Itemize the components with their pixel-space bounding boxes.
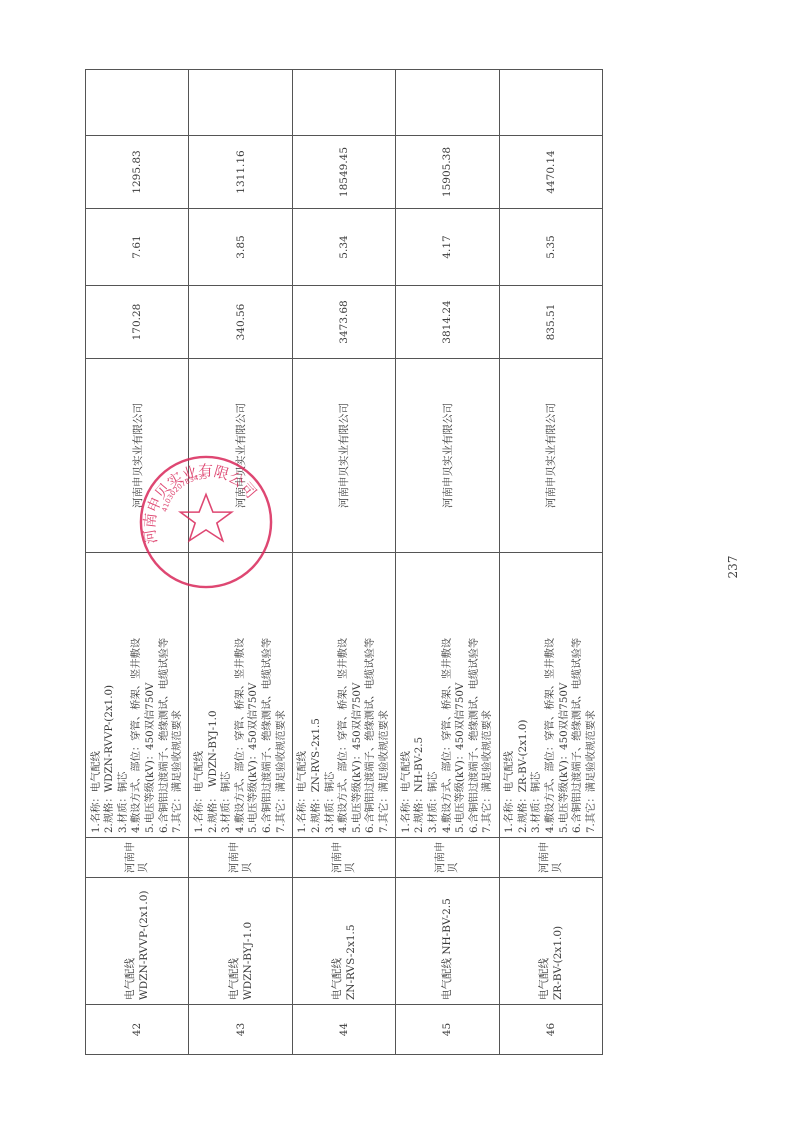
unit-price-cell: 3.85 (189, 209, 292, 286)
description-line: 2.规格： WDZN-BYJ-1.0 (207, 557, 221, 833)
description-line: 1.名称：电气配线 (296, 557, 310, 833)
quantity-cell: 3814.24 (396, 286, 499, 359)
table-row: 46电气配线ZR-BV-(2x1.0)河南申贝1.名称：电气配线2.规格：ZR-… (499, 70, 602, 1055)
description-line: 2.规格：ZN-RVS-2x1.5 (310, 557, 324, 833)
item-name-line: 电气配线 (123, 882, 137, 1000)
manufacturer-cell: 河南申贝实业有限公司 (396, 359, 499, 553)
item-name-line: 电气配线 (227, 882, 241, 1000)
description-line: 4.敷设方式、部位：穿管、桥架、竖井敷设 (337, 557, 351, 833)
brand-cell: 河南申贝 (396, 838, 499, 878)
page-number: 237 (726, 552, 740, 582)
table-row: 44电气配线ZN-RVS-2x1.5河南申贝1.名称：电气配线2.规格：ZN-R… (292, 70, 395, 1055)
brand-line: 河南申 (228, 842, 241, 873)
description-line: 2.规格：WDZN-RVVP-(2x1.0) (103, 557, 117, 833)
description-line: 6.含铜铝过渡端子、绝缘测试、电缆试验等 (571, 557, 585, 833)
description-line: 6.含铜铝过渡端子、绝缘测试、电缆试验等 (158, 557, 172, 833)
table-row: 45电气配线 NH-BV-2.5河南申贝1.名称：电气配线2.规格：NH-BV-… (396, 70, 499, 1055)
description-line: 7.其它：满足验收规范要求 (481, 557, 495, 833)
total-price-cell: 1311.16 (189, 136, 292, 209)
total-price-cell: 1295.83 (86, 136, 189, 209)
total-price-cell: 15905.38 (396, 136, 499, 209)
item-description-cell: 1.名称：电气配线2.规格：WDZN-RVVP-(2x1.0)3.材质：铜芯4.… (86, 553, 189, 838)
item-number-cell: 45 (396, 1005, 499, 1055)
total-price-cell: 4470.14 (499, 136, 602, 209)
brand-line: 贝 (241, 842, 254, 873)
description-line: 5.电压等级(kV)：450双信750V (454, 557, 468, 833)
description-line: 4.敷设方式、部位：穿管、桥架、竖井敷设 (544, 557, 558, 833)
table-row: 43电气配线WDZN-BYJ-1.0河南申贝1.名称：电气配线2.规格： WDZ… (189, 70, 292, 1055)
remark-cell (86, 70, 189, 136)
item-description-cell: 1.名称：电气配线2.规格： WDZN-BYJ-1.03.材质：铜芯4.敷设方式… (189, 553, 292, 838)
unit-price-cell: 7.61 (86, 209, 189, 286)
item-name-line: ZR-BV-(2x1.0) (551, 882, 565, 1000)
item-name-line: ZN-RVS-2x1.5 (344, 882, 358, 1000)
description-line: 3.材质：铜芯 (427, 557, 441, 833)
brand-cell: 河南申贝 (86, 838, 189, 878)
remark-cell (499, 70, 602, 136)
manufacturer-cell: 河南申贝实业有限公司 (189, 359, 292, 553)
description-line: 4.敷设方式、部位：穿管、桥架、竖井敷设 (130, 557, 144, 833)
manufacturer-cell: 河南申贝实业有限公司 (86, 359, 189, 553)
description-line: 1.名称：电气配线 (400, 557, 414, 833)
description-line: 1.名称：电气配线 (193, 557, 207, 833)
item-number-cell: 46 (499, 1005, 602, 1055)
description-line: 5.电压等级(kV)：450双信750V (247, 557, 261, 833)
item-number-cell: 43 (189, 1005, 292, 1055)
description-line: 3.材质：铜芯 (117, 557, 131, 833)
item-name-line: 电气配线 NH-BV-2.5 (440, 882, 454, 1000)
description-line: 7.其它：满足验收规范要求 (171, 557, 185, 833)
item-number-cell: 44 (292, 1005, 395, 1055)
unit-price-cell: 4.17 (396, 209, 499, 286)
item-name-cell: 电气配线WDZN-BYJ-1.0 (189, 878, 292, 1005)
brand-line: 河南申 (538, 842, 551, 873)
description-line: 3.材质：铜芯 (530, 557, 544, 833)
bill-of-quantities-table: 42电气配线WDZN-RVVP-(2x1.0)河南申贝1.名称：电气配线2.规格… (85, 69, 603, 1055)
description-line: 7.其它：满足验收规范要求 (585, 557, 599, 833)
description-line: 7.其它：满足验收规范要求 (275, 557, 289, 833)
manufacturer-cell: 河南申贝实业有限公司 (292, 359, 395, 553)
manufacturer-cell: 河南申贝实业有限公司 (499, 359, 602, 553)
brand-line: 贝 (447, 842, 460, 873)
brand-cell: 河南申贝 (292, 838, 395, 878)
brand-line: 河南申 (124, 842, 137, 873)
description-line: 1.名称：电气配线 (503, 557, 517, 833)
item-description-cell: 1.名称：电气配线2.规格：ZR-BV-(2x1.0)3.材质：铜芯4.敷设方式… (499, 553, 602, 838)
unit-price-cell: 5.34 (292, 209, 395, 286)
brand-line: 河南申 (434, 842, 447, 873)
description-line: 3.材质：铜芯 (324, 557, 338, 833)
item-name-line: 电气配线 (537, 882, 551, 1000)
rotated-table-container: 42电气配线WDZN-RVVP-(2x1.0)河南申贝1.名称：电气配线2.规格… (85, 90, 603, 1055)
total-price-cell: 18549.45 (292, 136, 395, 209)
item-name-cell: 电气配线 NH-BV-2.5 (396, 878, 499, 1005)
brand-line: 贝 (344, 842, 357, 873)
remark-cell (396, 70, 499, 136)
description-line: 6.含铜铝过渡端子、绝缘测试、电缆试验等 (261, 557, 275, 833)
quantity-cell: 170.28 (86, 286, 189, 359)
document-page: 42电气配线WDZN-RVVP-(2x1.0)河南申贝1.名称：电气配线2.规格… (0, 0, 794, 1123)
item-name-line: WDZN-RVVP-(2x1.0) (137, 882, 151, 1000)
description-line: 6.含铜铝过渡端子、绝缘测试、电缆试验等 (364, 557, 378, 833)
quantity-cell: 3473.68 (292, 286, 395, 359)
item-number-cell: 42 (86, 1005, 189, 1055)
brand-cell: 河南申贝 (499, 838, 602, 878)
table-rotation-wrapper: 42电气配线WDZN-RVVP-(2x1.0)河南申贝1.名称：电气配线2.规格… (85, 90, 603, 1055)
description-line: 5.电压等级(kV)：450双信750V (351, 557, 365, 833)
item-name-cell: 电气配线WDZN-RVVP-(2x1.0) (86, 878, 189, 1005)
description-line: 6.含铜铝过渡端子、绝缘测试、电缆试验等 (468, 557, 482, 833)
remark-cell (189, 70, 292, 136)
brand-line: 贝 (137, 842, 150, 873)
item-name-cell: 电气配线ZN-RVS-2x1.5 (292, 878, 395, 1005)
description-line: 2.规格：ZR-BV-(2x1.0) (517, 557, 531, 833)
description-line: 4.敷设方式、部位：穿管、桥架、竖井敷设 (234, 557, 248, 833)
description-line: 4.敷设方式、部位：穿管、桥架、竖井敷设 (441, 557, 455, 833)
brand-line: 贝 (551, 842, 564, 873)
remark-cell (292, 70, 395, 136)
description-line: 5.电压等级(kV)：450双信750V (558, 557, 572, 833)
description-line: 1.名称：电气配线 (90, 557, 104, 833)
description-line: 5.电压等级(kV)：450双信750V (144, 557, 158, 833)
item-name-line: WDZN-BYJ-1.0 (241, 882, 255, 1000)
item-description-cell: 1.名称：电气配线2.规格：NH-BV-2.53.材质：铜芯4.敷设方式、部位：… (396, 553, 499, 838)
brand-line: 河南申 (331, 842, 344, 873)
item-description-cell: 1.名称：电气配线2.规格：ZN-RVS-2x1.53.材质：铜芯4.敷设方式、… (292, 553, 395, 838)
brand-cell: 河南申贝 (189, 838, 292, 878)
description-line: 2.规格：NH-BV-2.5 (413, 557, 427, 833)
item-name-line: 电气配线 (330, 882, 344, 1000)
description-line: 3.材质：铜芯 (220, 557, 234, 833)
description-line: 7.其它：满足验收规范要求 (378, 557, 392, 833)
quantity-cell: 835.51 (499, 286, 602, 359)
table-row: 42电气配线WDZN-RVVP-(2x1.0)河南申贝1.名称：电气配线2.规格… (86, 70, 189, 1055)
item-name-cell: 电气配线ZR-BV-(2x1.0) (499, 878, 602, 1005)
quantity-cell: 340.56 (189, 286, 292, 359)
unit-price-cell: 5.35 (499, 209, 602, 286)
